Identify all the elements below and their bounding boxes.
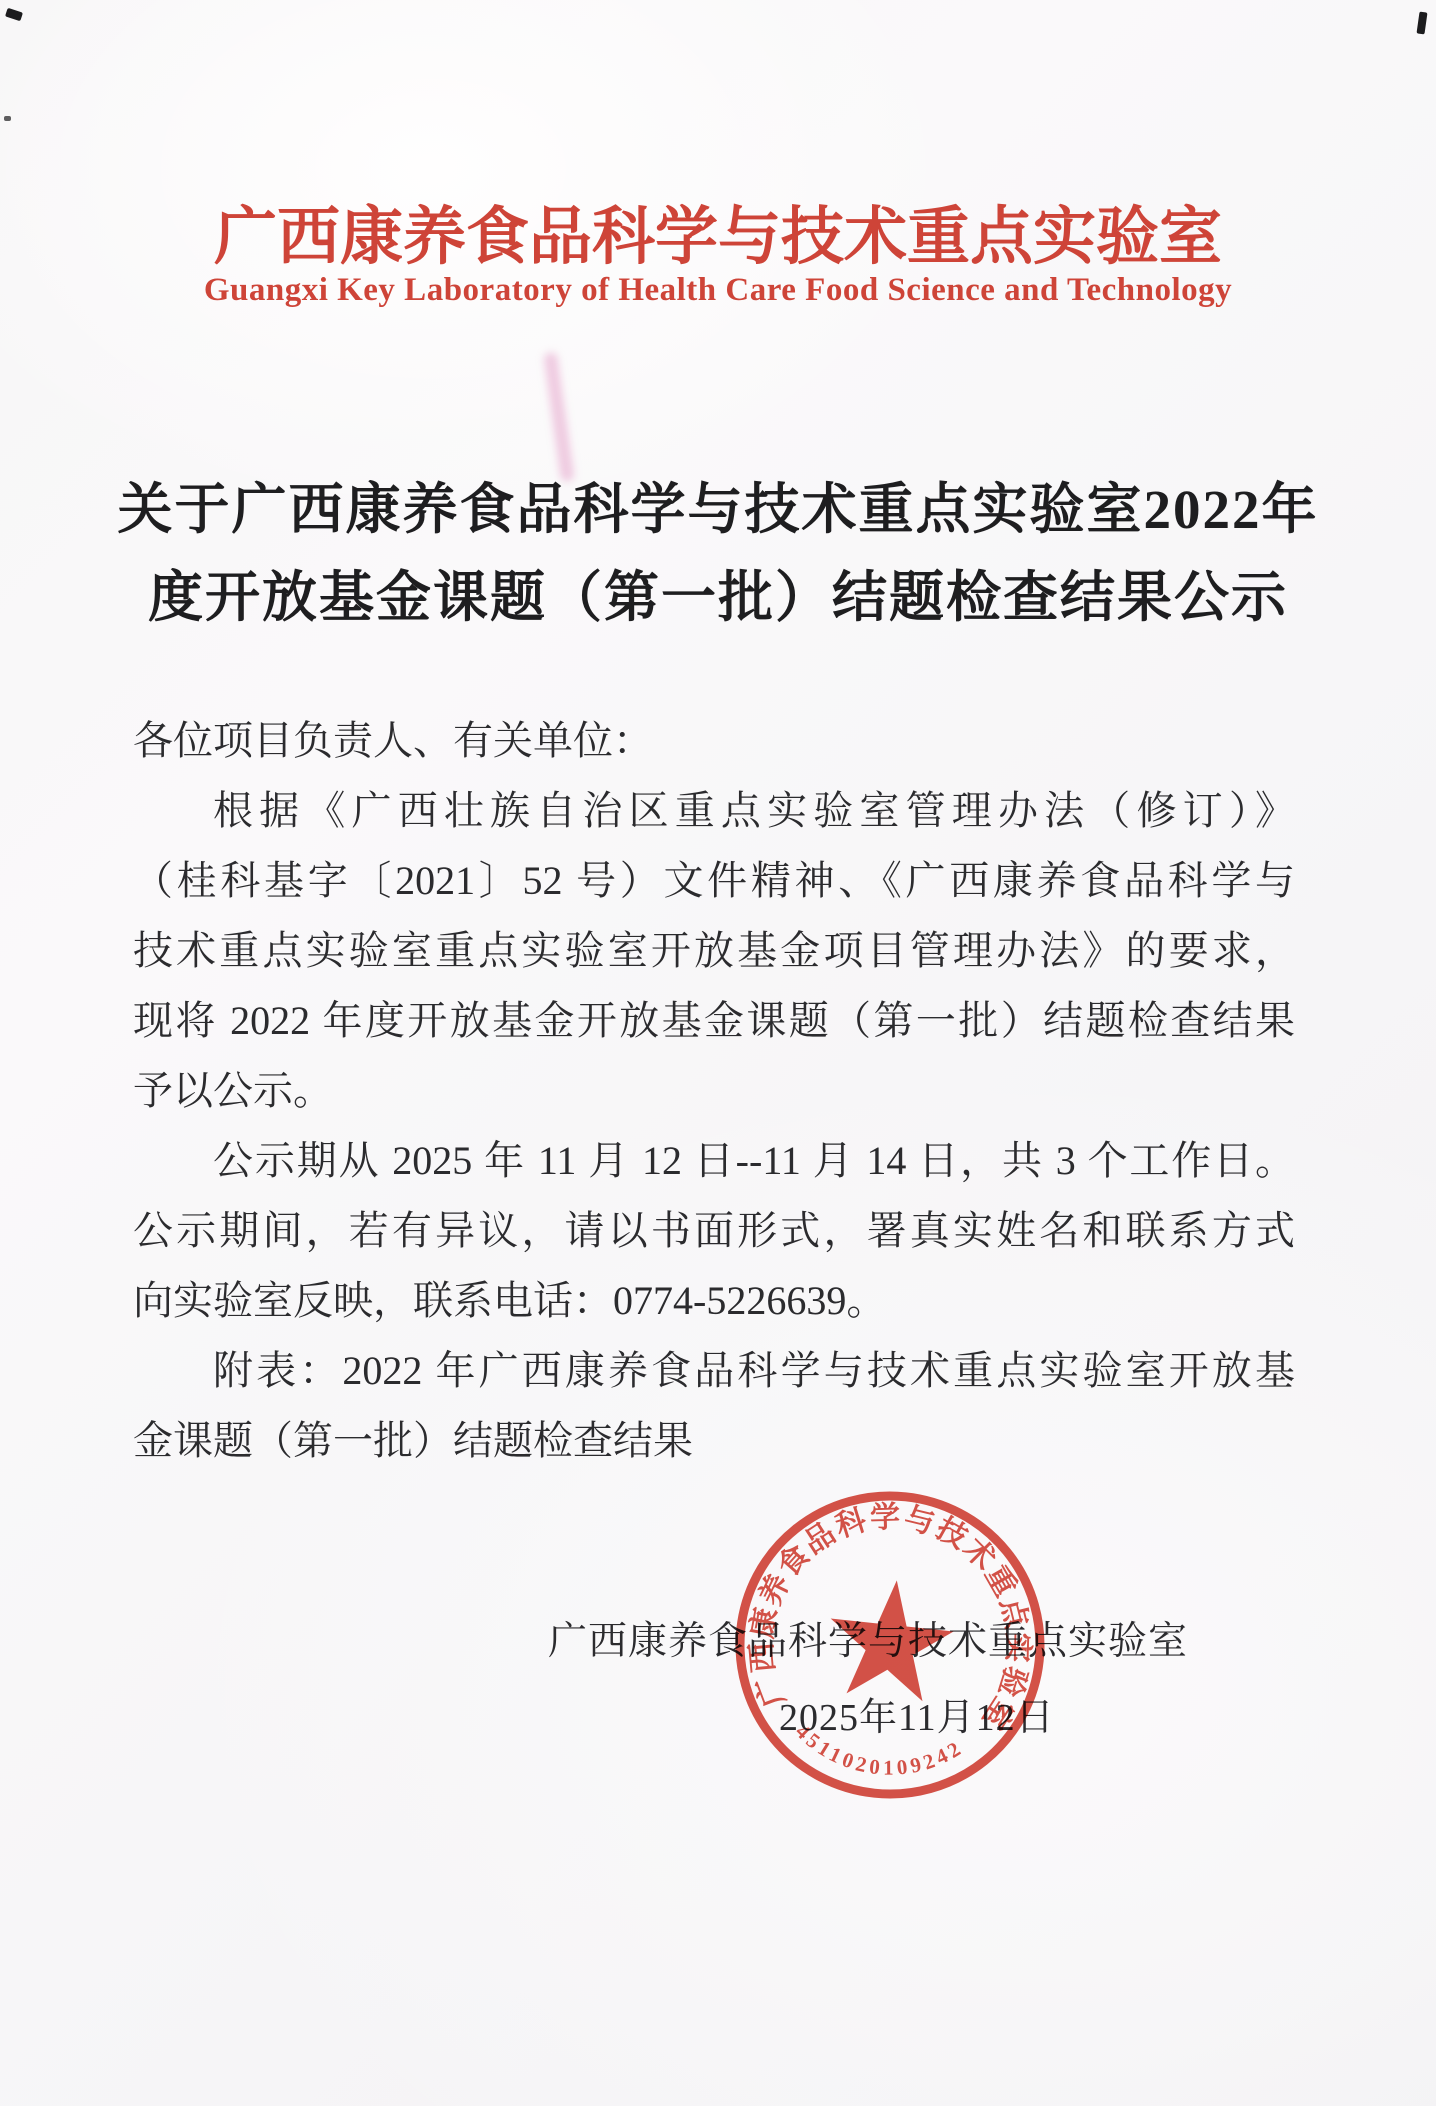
letterhead-title-chinese: 广西康养食品科学与技术重点实验室 [0, 186, 1436, 277]
salutation: 各位项目负责人、有关单位： [133, 706, 1295, 776]
paragraph3-line1: 附表：2022 年广西康养食品科学与技术重点实验室开放基 [133, 1336, 1295, 1406]
seal-graphic: 广西康养食品科学与技术重点实验室 4511020109242 [695, 1450, 1084, 1839]
official-red-seal: 广西康养食品科学与技术重点实验室 4511020109242 [695, 1450, 1084, 1839]
paragraph1-line4: 现将 2022 年度开放基金开放基金课题（第一批）结题检查结果 [133, 986, 1295, 1056]
paragraph1-line2: （桂科基字〔2021〕52 号）文件精神、《广西康养食品科学与 [133, 846, 1295, 916]
paragraph2-line1: 公示期从 2025 年 11 月 12 日--11 月 14 日，共 3 个工作… [133, 1126, 1295, 1196]
document-title-line2: 度开放基金课题（第一批）结题检查结果公示 [0, 554, 1436, 642]
pink-ink-smudge [543, 352, 575, 483]
scan-artifact-left [4, 116, 11, 121]
paragraph2-line3: 向实验室反映，联系电话：0774-5226639。 [133, 1266, 1295, 1336]
document-title-line1: 关于广西康养食品科学与技术重点实验室2022年 [0, 466, 1436, 554]
document-title: 关于广西康养食品科学与技术重点实验室2022年 度开放基金课题（第一批）结题检查… [0, 466, 1436, 642]
paragraph1-line1: 根据《广西壮族自治区重点实验室管理办法（修订）》 [133, 776, 1295, 846]
paragraph1-line5: 予以公示。 [133, 1056, 1295, 1126]
scanned-document-page: 广西康养食品科学与技术重点实验室 Guangxi Key Laboratory … [0, 0, 1436, 2106]
seal-star-icon [823, 1574, 958, 1704]
paragraph3-line2: 金课题（第一批）结题检查结果 [133, 1406, 1295, 1476]
paragraph1-line3: 技术重点实验室重点实验室开放基金项目管理办法》的要求， [133, 916, 1295, 986]
letterhead-title-english: Guangxi Key Laboratory of Health Care Fo… [0, 272, 1436, 309]
scan-artifact-top-left [5, 8, 23, 22]
document-body: 各位项目负责人、有关单位： 根据《广西壮族自治区重点实验室管理办法（修订）》 （… [133, 706, 1295, 1476]
scan-artifact-top-right [1417, 12, 1428, 35]
paragraph2-line2: 公示期间，若有异议，请以书面形式，署真实姓名和联系方式 [133, 1196, 1295, 1266]
